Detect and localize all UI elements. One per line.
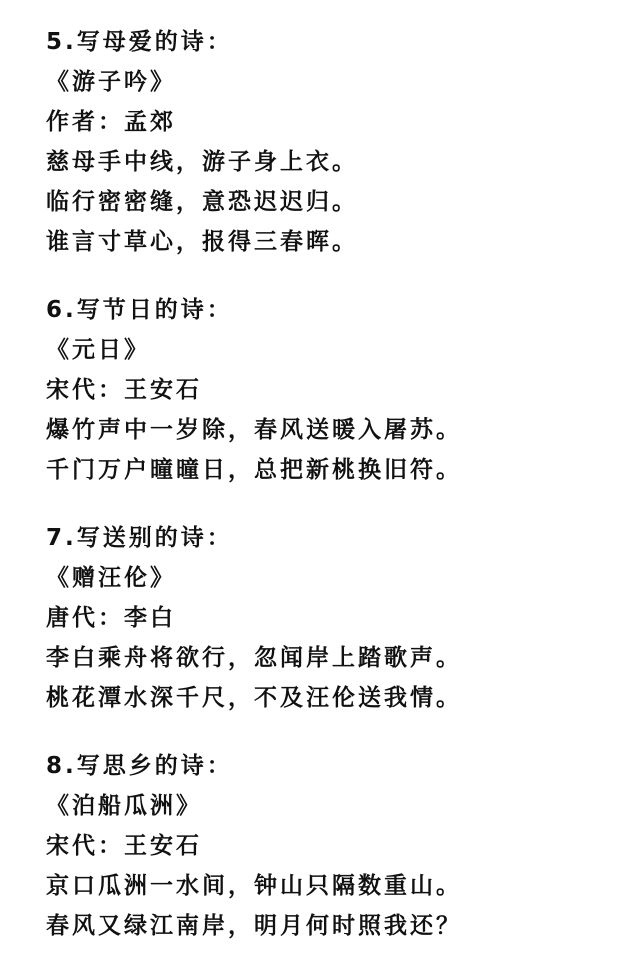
poem-verse-line: 京口瓜洲一水间，钟山只隔数重山。 bbox=[46, 866, 620, 906]
poem-document: 5.写母爱的诗： 《游子吟》 作者：孟郊 慈母手中线，游子身上衣。 临行密密缝，… bbox=[0, 0, 640, 953]
poem-section-8: 8.写思乡的诗： 《泊船瓜洲》 宋代：王安石 京口瓜洲一水间，钟山只隔数重山。 … bbox=[46, 746, 620, 946]
poem-verse-line: 谁言寸草心，报得三春晖。 bbox=[46, 222, 620, 262]
poem-author: 宋代：王安石 bbox=[46, 370, 620, 410]
poem-category-heading: 6.写节日的诗： bbox=[46, 290, 620, 330]
poem-verse-line: 桃花潭水深千尺，不及汪伦送我情。 bbox=[46, 678, 620, 718]
poem-title: 《游子吟》 bbox=[46, 62, 620, 102]
poem-title: 《泊船瓜洲》 bbox=[46, 786, 620, 826]
poem-author: 唐代：李白 bbox=[46, 598, 620, 638]
poem-verse-line: 慈母手中线，游子身上衣。 bbox=[46, 142, 620, 182]
poem-category-heading: 5.写母爱的诗： bbox=[46, 22, 620, 62]
poem-author: 宋代：王安石 bbox=[46, 826, 620, 866]
poem-verse-line: 春风又绿江南岸，明月何时照我还？ bbox=[46, 906, 620, 946]
poem-verse-line: 千门万户曈曈日，总把新桃换旧符。 bbox=[46, 450, 620, 490]
poem-title: 《元日》 bbox=[46, 330, 620, 370]
poem-verse-line: 李白乘舟将欲行，忽闻岸上踏歌声。 bbox=[46, 638, 620, 678]
poem-section-6: 6.写节日的诗： 《元日》 宋代：王安石 爆竹声中一岁除，春风送暖入屠苏。 千门… bbox=[46, 290, 620, 490]
poem-verse-line: 临行密密缝，意恐迟迟归。 bbox=[46, 182, 620, 222]
poem-category-heading: 8.写思乡的诗： bbox=[46, 746, 620, 786]
poem-author: 作者：孟郊 bbox=[46, 102, 620, 142]
poem-section-7: 7.写送别的诗： 《赠汪伦》 唐代：李白 李白乘舟将欲行，忽闻岸上踏歌声。 桃花… bbox=[46, 518, 620, 718]
poem-section-5: 5.写母爱的诗： 《游子吟》 作者：孟郊 慈母手中线，游子身上衣。 临行密密缝，… bbox=[46, 22, 620, 262]
poem-category-heading: 7.写送别的诗： bbox=[46, 518, 620, 558]
poem-title: 《赠汪伦》 bbox=[46, 558, 620, 598]
poem-verse-line: 爆竹声中一岁除，春风送暖入屠苏。 bbox=[46, 410, 620, 450]
